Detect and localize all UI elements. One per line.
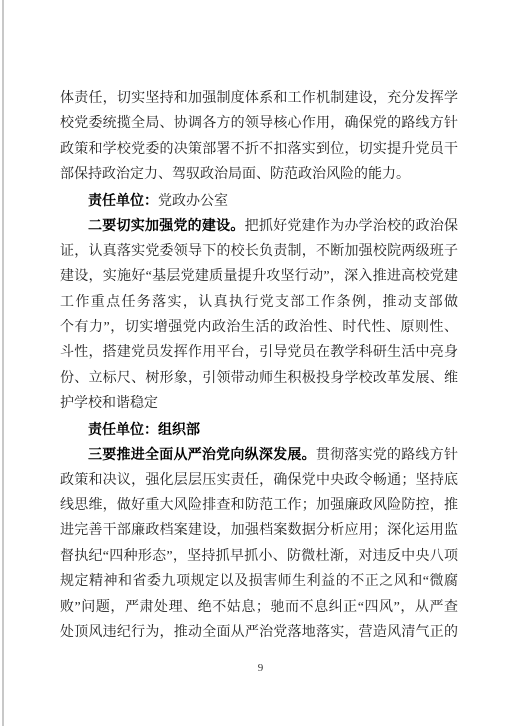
text-segment: 校党委统揽全局、协调各方的领导核心作用，确保党的路线方针 — [60, 116, 458, 131]
text-segment: 证，认真落实党委领导下的校长负责制，不断加强校院两级班子 — [60, 244, 458, 259]
text-line: 二要切实加强党的建设。把抓好党建作为办学治校的政治保 — [60, 213, 458, 238]
bold-text-segment: 责任单位： — [88, 192, 158, 208]
text-segment: 线思维，做好重大风险排查和防范工作；加强廉政风险防控，推 — [60, 498, 458, 513]
bold-text-segment: 二要切实加强党的建设。 — [88, 217, 245, 233]
text-line: 败”问题，严肃处理、绝不姑息；驰而不息纠正“四风”，从严查 — [60, 595, 458, 620]
text-segment: 斗性，搭建党员发挥作用平台，引导党员在教学科研生活中亮身 — [60, 345, 458, 360]
text-line: 证，认真落实党委领导下的校长负责制，不断加强校院两级班子 — [60, 239, 458, 264]
text-segment: 护学校和谐稳定 — [60, 396, 158, 411]
text-line: 规定精神和省委九项规定以及损害师生利益的不正之风和“微腐 — [60, 569, 458, 594]
text-segment: 政策和学校党委的决策部署不折不扣落实到位，切实提升党员干 — [60, 142, 458, 157]
document-page: 体责任，切实坚持和加强制度体系和工作机制建设，充分发挥学校党委统揽全局、协调各方… — [0, 0, 521, 726]
text-line: 斗性，搭建党员发挥作用平台，引导党员在教学科研生活中亮身 — [60, 340, 458, 365]
bold-text-segment: 责任单位：组织部 — [88, 421, 200, 437]
text-line: 校党委统揽全局、协调各方的领导核心作用，确保党的路线方针 — [60, 111, 458, 136]
scan-edge-line — [2, 0, 4, 726]
text-line: 线思维，做好重大风险排查和防范工作；加强廉政风险防控，推 — [60, 493, 458, 518]
text-segment: 把抓好党建作为办学治校的政治保 — [245, 219, 458, 234]
text-segment: 党政办公室 — [158, 194, 228, 209]
text-segment: 贯彻落实党的路线方针 — [316, 448, 458, 463]
text-line: 建设，实施好“基层党建质量提升攻坚行动”，深入推进高校党建 — [60, 264, 458, 289]
text-line: 份、立标尺、树形象，引领带动师生积极投身学校改革发展、维 — [60, 366, 458, 391]
document-body: 体责任，切实坚持和加强制度体系和工作机制建设，充分发挥学校党委统揽全局、协调各方… — [60, 86, 458, 646]
text-line: 工作重点任务落实，认真执行党支部工作条例，推动支部做到“七 — [60, 290, 458, 315]
text-line: 政策和决议，强化层层压实责任，确保党中央政令畅通；坚持底 — [60, 468, 458, 493]
text-line: 部保持政治定力、驾驭政治局面、防范政治风险的能力。 — [60, 162, 458, 187]
text-segment: 败”问题，严肃处理、绝不姑息；驰而不息纠正“四风”，从严查 — [60, 600, 458, 615]
text-segment: 处顶风违纪行为，推动全面从严治党落地落实，营造风清气正的 — [60, 625, 458, 640]
page-number: 9 — [0, 661, 521, 675]
text-segment: 建设，实施好“基层党建质量提升攻坚行动”，深入推进高校党建 — [60, 269, 458, 284]
text-segment: 进完善干部廉政档案建设，加强档案数据分析应用；深化运用监 — [60, 523, 458, 538]
text-segment: 个有力”，切实增强党内政治生活的政治性、时代性、原则性、战 — [60, 320, 458, 340]
text-line: 护学校和谐稳定 — [60, 391, 458, 416]
text-line: 体责任，切实坚持和加强制度体系和工作机制建设，充分发挥学 — [60, 86, 458, 111]
text-line: 督执纪“四种形态”，坚持抓早抓小、防微杜渐，对违反中央八项 — [60, 544, 458, 569]
text-segment: 政策和决议，强化层层压实责任，确保党中央政令畅通；坚持底 — [60, 473, 458, 488]
text-segment: 工作重点任务落实，认真执行党支部工作条例，推动支部做到“七 — [60, 295, 458, 315]
text-segment: 规定精神和省委九项规定以及损害师生利益的不正之风和“微腐 — [60, 574, 458, 589]
text-line: 个有力”，切实增强党内政治生活的政治性、时代性、原则性、战 — [60, 315, 458, 340]
text-segment: 督执纪“四种形态”，坚持抓早抓小、防微杜渐，对违反中央八项 — [60, 549, 458, 564]
text-line: 责任单位：组织部 — [60, 417, 458, 442]
text-segment: 部保持政治定力、驾驭政治局面、防范政治风险的能力。 — [60, 167, 410, 182]
text-line: 责任单位：党政办公室 — [60, 188, 458, 213]
bold-text-segment: 三要推进全面从严治党向纵深发展。 — [88, 446, 316, 462]
text-segment: 份、立标尺、树形象，引领带动师生积极投身学校改革发展、维 — [60, 371, 458, 386]
text-segment: 体责任，切实坚持和加强制度体系和工作机制建设，充分发挥学 — [60, 91, 458, 106]
text-line: 政策和学校党委的决策部署不折不扣落实到位，切实提升党员干 — [60, 137, 458, 162]
text-line: 三要推进全面从严治党向纵深发展。贯彻落实党的路线方针 — [60, 442, 458, 467]
text-line: 处顶风违纪行为，推动全面从严治党落地落实，营造风清气正的 — [60, 620, 458, 645]
text-line: 进完善干部廉政档案建设，加强档案数据分析应用；深化运用监 — [60, 518, 458, 543]
